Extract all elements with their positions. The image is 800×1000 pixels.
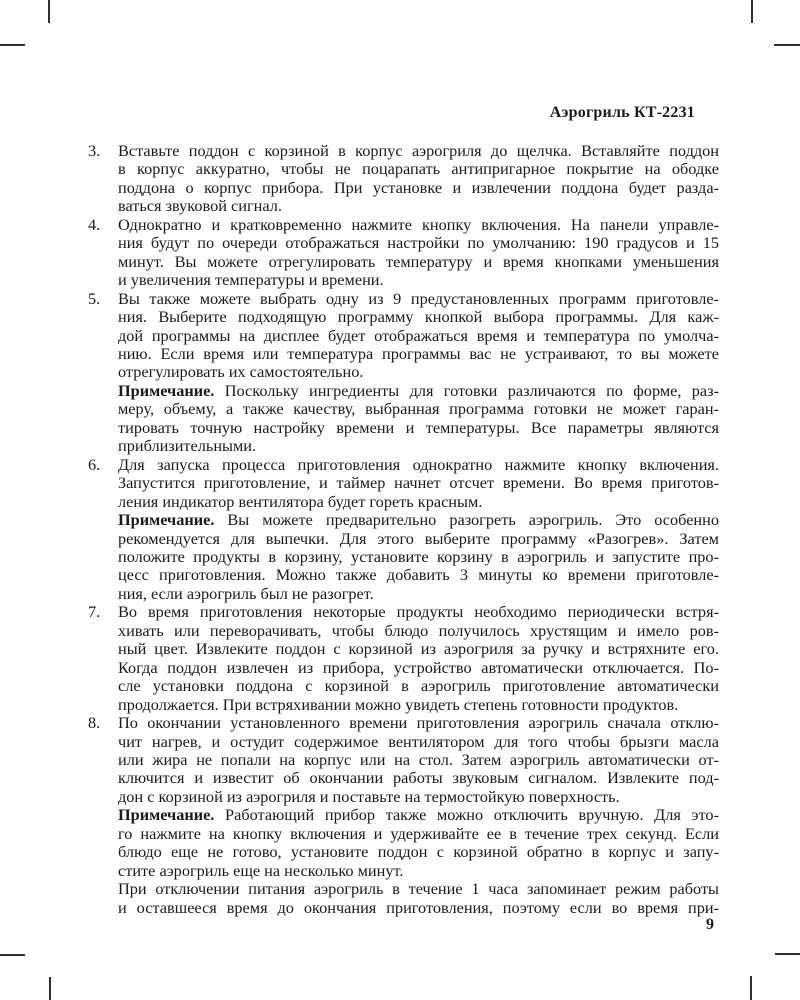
crop-mark-top-right-vertical (751, 0, 753, 23)
list-item-text: Вставьте поддон с корзиной в корпус аэро… (118, 142, 719, 216)
text-line: стите аэрогриль еще на несколько минут. (118, 862, 719, 880)
crop-mark-bottom-right-horizontal (775, 953, 800, 955)
text-line: Когда поддон извлечен из прибора, устрой… (118, 659, 719, 677)
list-item: 5.Вы также можете выбрать одну из 9 пред… (88, 290, 719, 456)
text-line: Вставьте поддон с корзиной в корпус аэро… (118, 142, 719, 160)
text-line: При отключении питания аэрогриль в течен… (118, 880, 719, 898)
text-line: ления индикатор вентилятора будет гореть… (118, 493, 719, 511)
text-line: дон с корзиной из аэрогриля и поставьте … (118, 788, 719, 806)
crop-mark-bottom-left-horizontal (0, 954, 25, 956)
text-line: ния будут по очереди отображаться настро… (118, 234, 719, 252)
list-item-number: 8. (88, 714, 118, 917)
text-line: Примечание. Работающий прибор также можн… (118, 806, 719, 824)
list-item: 4.Однократно и кратковременно нажмите кн… (88, 216, 719, 290)
crop-mark-bottom-right-vertical (750, 976, 752, 1000)
page-header-title: Аэрогриль КТ-2231 (550, 104, 695, 122)
text-line: и увеличения температуры и времени. (118, 271, 719, 289)
text-line: сле установки поддона с корзиной в аэрог… (118, 677, 719, 695)
note-lead: Примечание. (118, 805, 214, 824)
text-line: Вы также можете выбрать одну из 9 предус… (118, 290, 719, 308)
text-line: поддона о корпус прибора. При установке … (118, 179, 719, 197)
text-line: продолжается. При встряхивании можно уви… (118, 696, 719, 714)
text-line: меру, объему, а также качеству, выбранна… (118, 400, 719, 418)
crop-mark-top-left-horizontal (0, 44, 25, 46)
text-line: ния. Выберите подходящую программу кнопк… (118, 308, 719, 326)
text-line: дой программы на дисплее будет отображат… (118, 327, 719, 345)
text-line: тировать точную настройку времени и темп… (118, 419, 719, 437)
crop-mark-top-right-horizontal (774, 44, 800, 46)
text-line: ный цвет. Извлеките поддон с корзиной из… (118, 640, 719, 658)
text-line: Для запуска процесса приготовления однок… (118, 456, 719, 474)
text-line: цесс приготовления. Можно также добавить… (118, 566, 719, 584)
note-lead: Примечание. (118, 510, 214, 529)
text-line: Запустится приготовление, и таймер начне… (118, 474, 719, 492)
text-line: чит нагрев, и остудит содержимое вентиля… (118, 733, 719, 751)
text-line: приблизительными. (118, 437, 719, 455)
crop-mark-top-left-vertical (48, 0, 50, 23)
text-line: Во время приготовления некоторые продукт… (118, 603, 719, 621)
text-line: Примечание. Поскольку ингредиенты для го… (118, 382, 719, 400)
text-line: положите продукты в корзину, установите … (118, 548, 719, 566)
text-line: и оставшееся время до окончания приготов… (118, 899, 719, 917)
crop-mark-bottom-left-vertical (49, 977, 51, 1000)
list-item-number: 6. (88, 456, 118, 604)
text-line: отрегулировать их самостоятельно. (118, 363, 719, 381)
list-item: 8.По окончании установленного времени пр… (88, 714, 719, 917)
text-line: блюдо еще не готово, установите поддон с… (118, 843, 719, 861)
list-item-text: Однократно и кратковременно нажмите кноп… (118, 216, 719, 290)
list-item-text: Для запуска процесса приготовления однок… (118, 456, 719, 604)
list-item-number: 5. (88, 290, 118, 456)
text-line: го нажмите на кнопку включения и удержив… (118, 825, 719, 843)
page-number: 9 (706, 916, 714, 934)
text-line: нию. Если время или температура программ… (118, 345, 719, 363)
text-line: рекомендуется для выпечки. Для этого выб… (118, 530, 719, 548)
manual-page: Аэрогриль КТ-2231 3.Вставьте поддон с ко… (0, 0, 800, 1000)
instructions-list: 3.Вставьте поддон с корзиной в корпус аэ… (88, 142, 719, 917)
text-line: в корпус аккуратно, чтобы не поцарапать … (118, 160, 719, 178)
text-line: хивать или переворачивать, чтобы блюдо п… (118, 622, 719, 640)
text-line: Однократно и кратковременно нажмите кноп… (118, 216, 719, 234)
text-line: Примечание. Вы можете предварительно раз… (118, 511, 719, 529)
list-item: 3.Вставьте поддон с корзиной в корпус аэ… (88, 142, 719, 216)
list-item-text: Во время приготовления некоторые продукт… (118, 603, 719, 714)
list-item: 7.Во время приготовления некоторые проду… (88, 603, 719, 714)
list-item-number: 3. (88, 142, 118, 216)
text-line: или жира не попали на корпус или на стол… (118, 751, 719, 769)
text-line: ключится и известит об окончании работы … (118, 769, 719, 787)
list-item: 6.Для запуска процесса приготовления одн… (88, 456, 719, 604)
note-lead: Примечание. (118, 381, 214, 400)
list-item-text: Вы также можете выбрать одну из 9 предус… (118, 290, 719, 456)
list-item-text: По окончании установленного времени приг… (118, 714, 719, 917)
text-line: ваться звуковой сигнал. (118, 197, 719, 215)
text-line: По окончании установленного времени приг… (118, 714, 719, 732)
list-item-number: 7. (88, 603, 118, 714)
text-line: минут. Вы можете отрегулировать температ… (118, 253, 719, 271)
text-line: ния, если аэрогриль был не разогрет. (118, 585, 719, 603)
list-item-number: 4. (88, 216, 118, 290)
